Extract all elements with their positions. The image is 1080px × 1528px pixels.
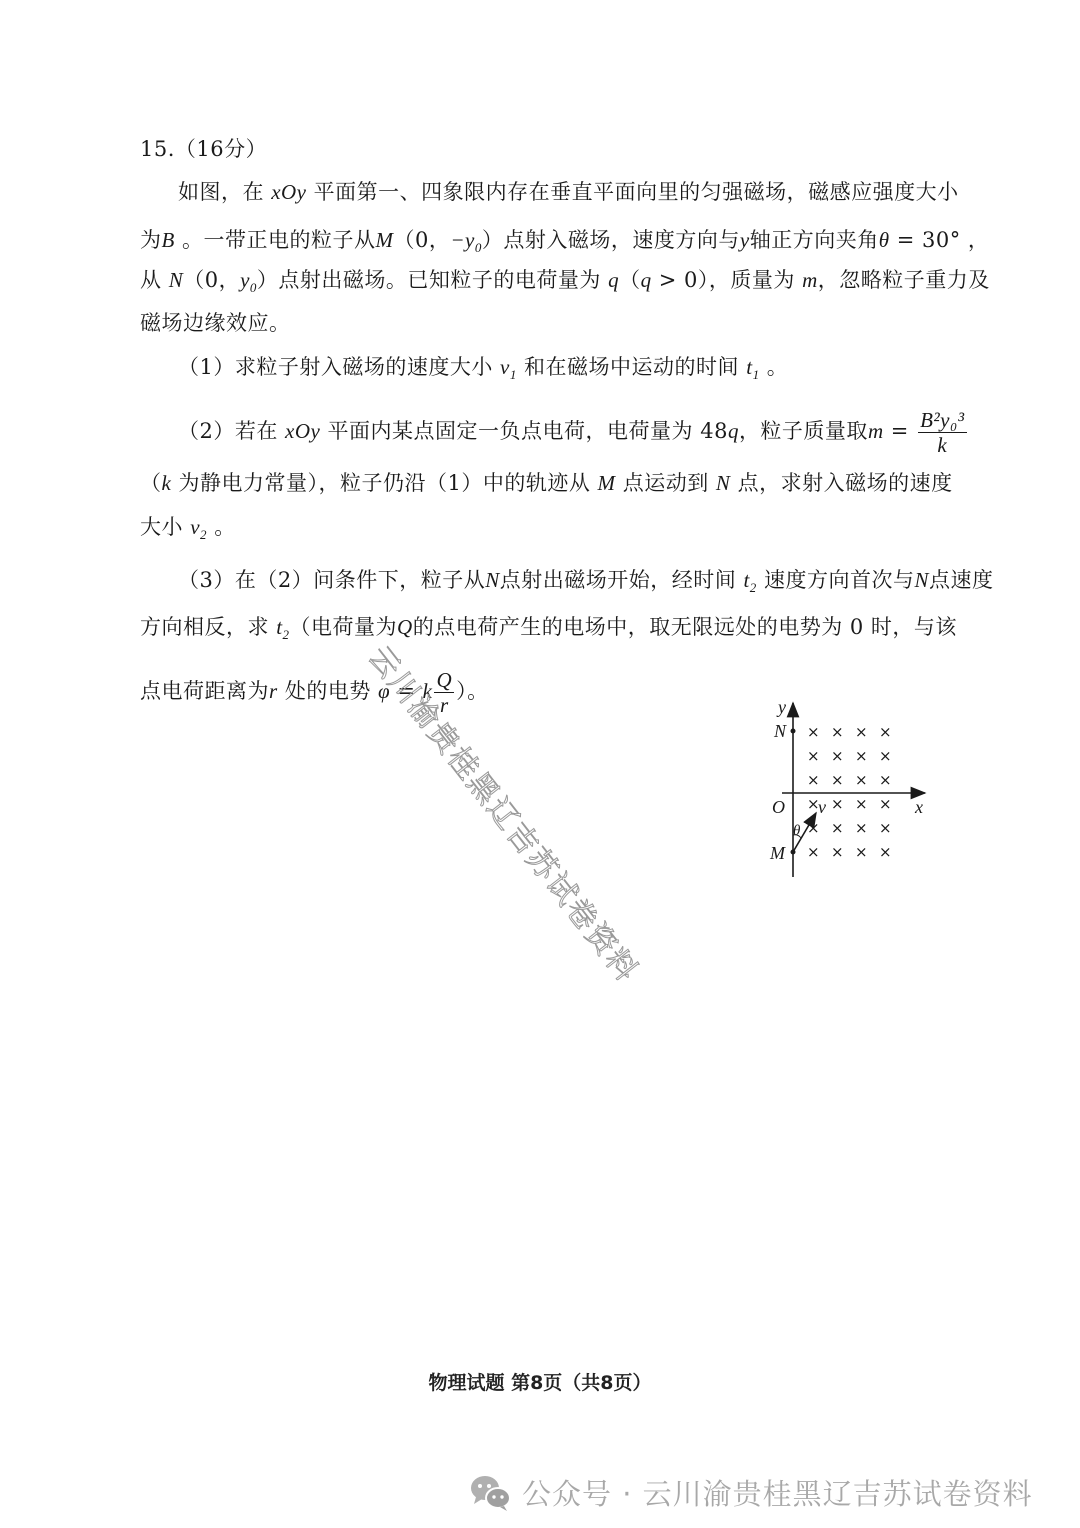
origin-label: O [772, 797, 785, 817]
field-cross-icon: × [855, 723, 868, 741]
field-cross-icon: × [807, 747, 820, 765]
question-number: 15.（16分） [140, 134, 267, 164]
field-cross-icon: × [831, 795, 844, 813]
field-cross-icon: × [831, 723, 844, 741]
field-cross-icon: × [879, 795, 892, 813]
brand-text: 公众号 · 云川渝贵桂黑辽吉苏试卷资料 [522, 1472, 1033, 1513]
field-cross-icon: × [831, 819, 844, 837]
angle-label: θ [793, 823, 801, 839]
field-cross-icon: × [855, 747, 868, 765]
field-cross-icon: × [807, 771, 820, 789]
field-cross-icon: × [879, 771, 892, 789]
magnetic-field-diagram: ×××××××××××××××××××××××× y x O N M v θ [760, 695, 940, 885]
point-n-dot [791, 729, 796, 734]
field-cross-icon: × [855, 771, 868, 789]
text-line: （1）求粒子射入磁场的速度大小 v1 和在磁场中运动的时间 t1 。 [178, 352, 788, 390]
field-cross-icon: × [807, 723, 820, 741]
text-line: （k 为静电力常量），粒子仍沿（1）中的轨迹从 M 点运动到 N 点，求射入磁场… [140, 468, 953, 498]
velocity-label: v [818, 797, 826, 817]
field-cross-icon: × [831, 747, 844, 765]
point-n-label: N [773, 721, 787, 741]
field-cross-icon: × [879, 723, 892, 741]
field-cross-icon: × [879, 747, 892, 765]
page-footer: 物理试题 第8页（共8页） [0, 1368, 1080, 1395]
wechat-icon [470, 1474, 512, 1512]
diagonal-watermark: 云川渝贵桂黑辽吉苏试卷资料 [360, 635, 651, 990]
text-line: （3）在（2）问条件下，粒子从N点射出磁场开始，经时间 t2 速度方向首次与N点… [178, 565, 993, 603]
field-cross-icon: × [879, 819, 892, 837]
text-line: 方向相反，求 t2（电荷量为Q的点电荷产生的电场中，取无限远处的电势为 0 时，… [140, 612, 957, 650]
field-cross-icon: × [855, 843, 868, 861]
text-line: 从 N（0，y0）点射出磁场。已知粒子的电荷量为 q（q > 0），质量为 m，… [140, 265, 990, 303]
field-cross-icon: × [831, 843, 844, 861]
field-cross-icon: × [807, 843, 820, 861]
field-cross-icon: × [879, 843, 892, 861]
text-line: 磁场边缘效应。 [140, 308, 291, 338]
text-line: （2）若在 xOy 平面内某点固定一负点电荷，电荷量为 48q，粒子质量取m =… [178, 408, 969, 457]
brand-watermark: 公众号 · 云川渝贵桂黑辽吉苏试卷资料 [470, 1472, 1033, 1513]
point-m-label: M [769, 843, 786, 863]
field-cross-icon: × [855, 795, 868, 813]
text-line: 如图，在 xOy 平面第一、四象限内存在垂直平面向里的匀强磁场，磁感应强度大小 [178, 177, 959, 207]
field-cross-icon: × [831, 771, 844, 789]
y-axis-label: y [776, 697, 786, 717]
field-cross-icon: × [855, 819, 868, 837]
x-axis-label: x [914, 797, 923, 817]
text-line: 大小 v2 。 [140, 512, 236, 550]
field-crosses: ×××××××××××××××××××××××× [807, 723, 892, 861]
text-line: 为B 。一带正电的粒子从M（0，−y0）点射入磁场，速度方向与y轴正方向夹角θ … [140, 225, 989, 263]
field-cross-icon: × [807, 819, 820, 837]
